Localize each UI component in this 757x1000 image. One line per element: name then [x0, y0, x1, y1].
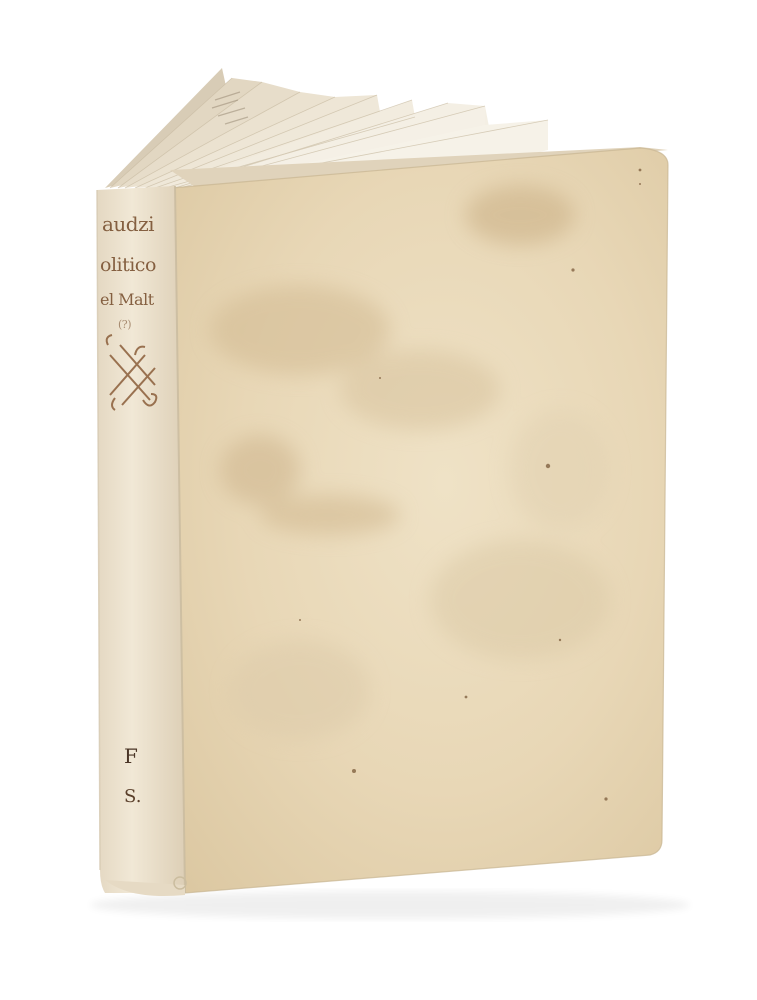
- spine-label-f: F: [124, 744, 138, 768]
- spine-title-line-3: el Malt: [100, 290, 154, 309]
- spine-title-line-2: olitico: [100, 254, 156, 276]
- spine-label-s: S.: [124, 786, 141, 807]
- spine-title-line-4: (?): [118, 318, 131, 331]
- front-cover: [172, 148, 668, 893]
- spine-title-line-1: audzi: [102, 212, 154, 236]
- book-photo: audzi olitico el Malt (?) F S.: [0, 0, 757, 1000]
